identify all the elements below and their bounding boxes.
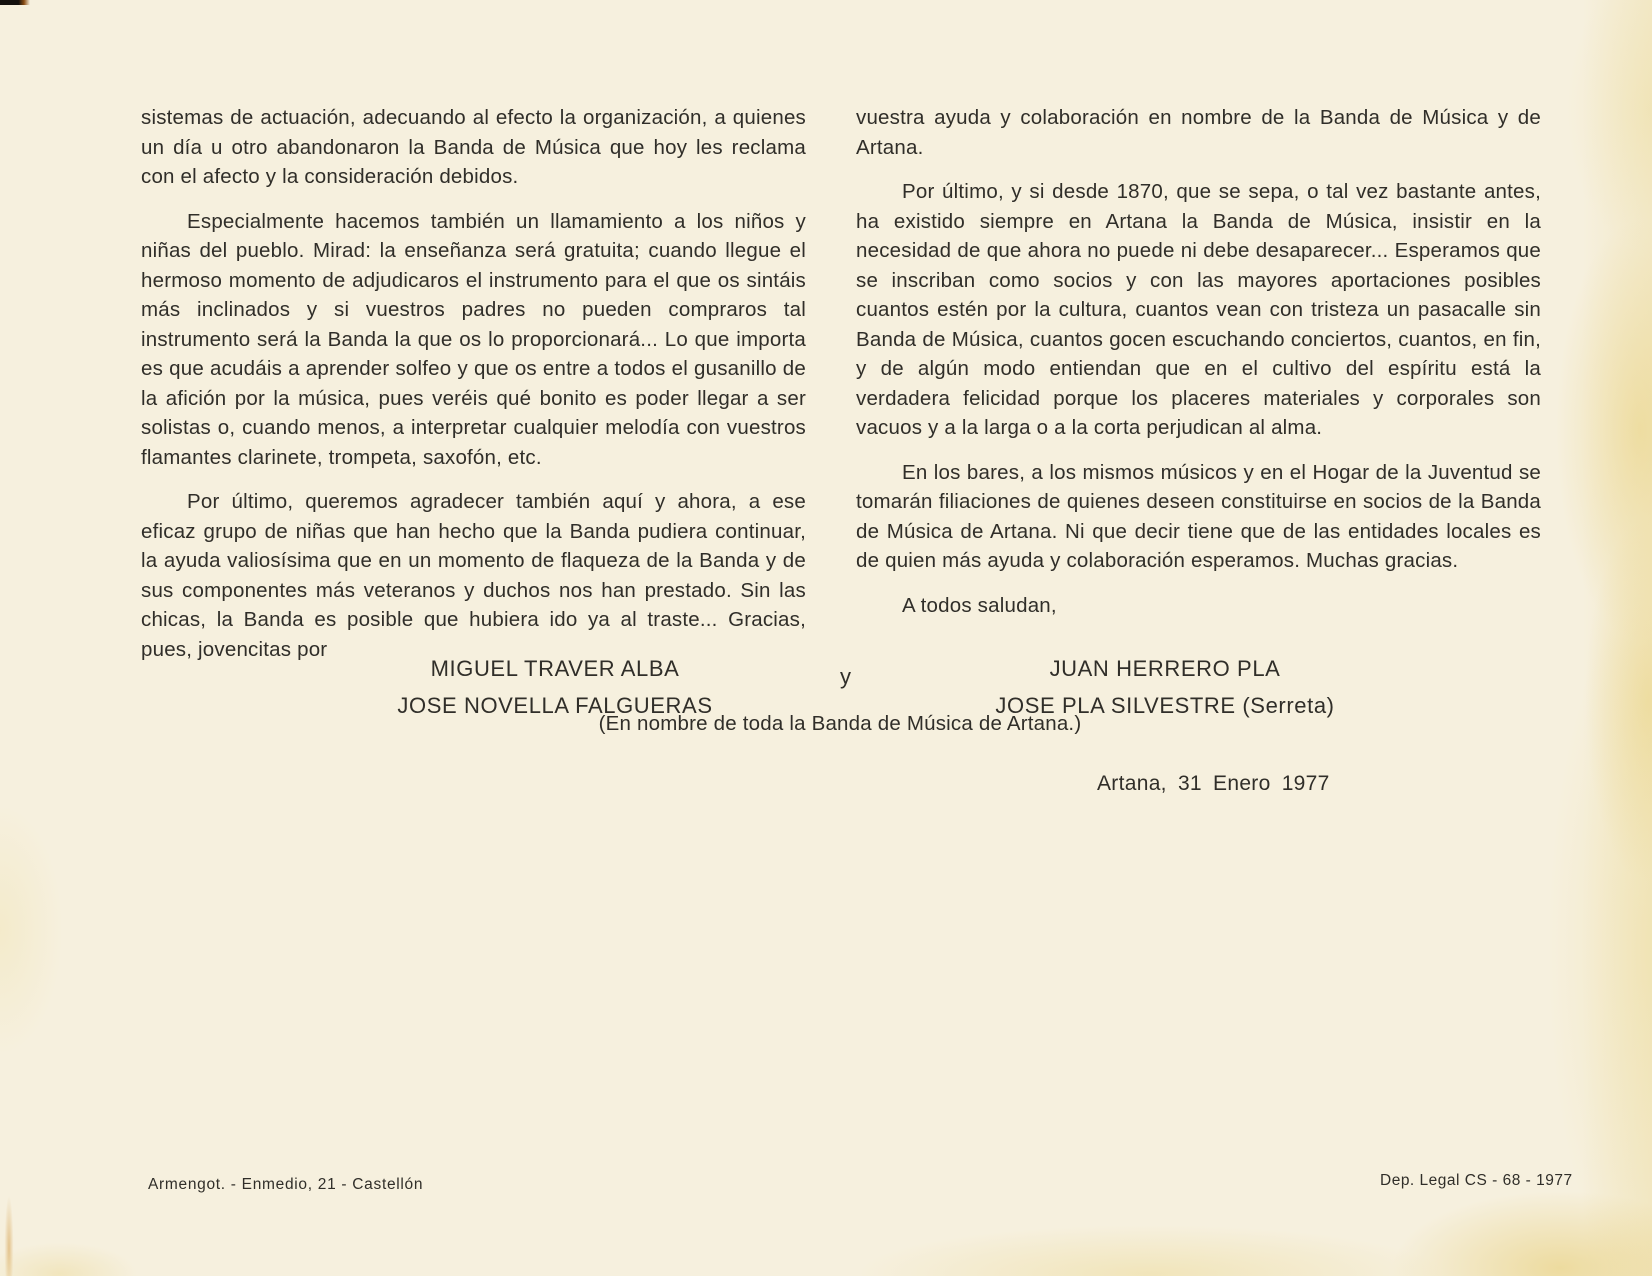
legal-deposit: Dep. Legal CS - 68 - 1977 xyxy=(1380,1172,1573,1190)
body-paragraph: Especialmente hacemos también un llamami… xyxy=(141,207,806,473)
signature-conjunction: y xyxy=(840,664,851,690)
right-text-column: vuestra ayuda y colaboración en nombre d… xyxy=(856,103,1541,620)
salutation: A todos saludan, xyxy=(856,591,1541,621)
signatory-name: JUAN HERRERO PLA xyxy=(907,650,1423,687)
body-paragraph: sistemas de actuación, adecuando al efec… xyxy=(141,103,806,192)
scanned-letter-page: sistemas de actuación, adecuando al efec… xyxy=(0,0,1652,1276)
body-paragraph: Por último, y si desde 1870, que se sepa… xyxy=(856,177,1541,443)
collective-signature-note: (En nombre de toda la Banda de Música de… xyxy=(140,712,1540,736)
printer-imprint: Armengot. - Enmedio, 21 - Castellón xyxy=(148,1176,423,1194)
scan-edge-mark xyxy=(0,0,30,5)
body-paragraph: En los bares, a los mismos músicos y en … xyxy=(856,458,1541,576)
left-text-column: sistemas de actuación, adecuando al efec… xyxy=(141,103,806,679)
dateline: Artana, 31 Enero 1977 xyxy=(1097,772,1330,796)
body-paragraph: Por último, queremos agradecer también a… xyxy=(141,487,806,664)
body-paragraph: vuestra ayuda y colaboración en nombre d… xyxy=(856,103,1541,162)
signatory-name: MIGUEL TRAVER ALBA xyxy=(297,650,813,687)
